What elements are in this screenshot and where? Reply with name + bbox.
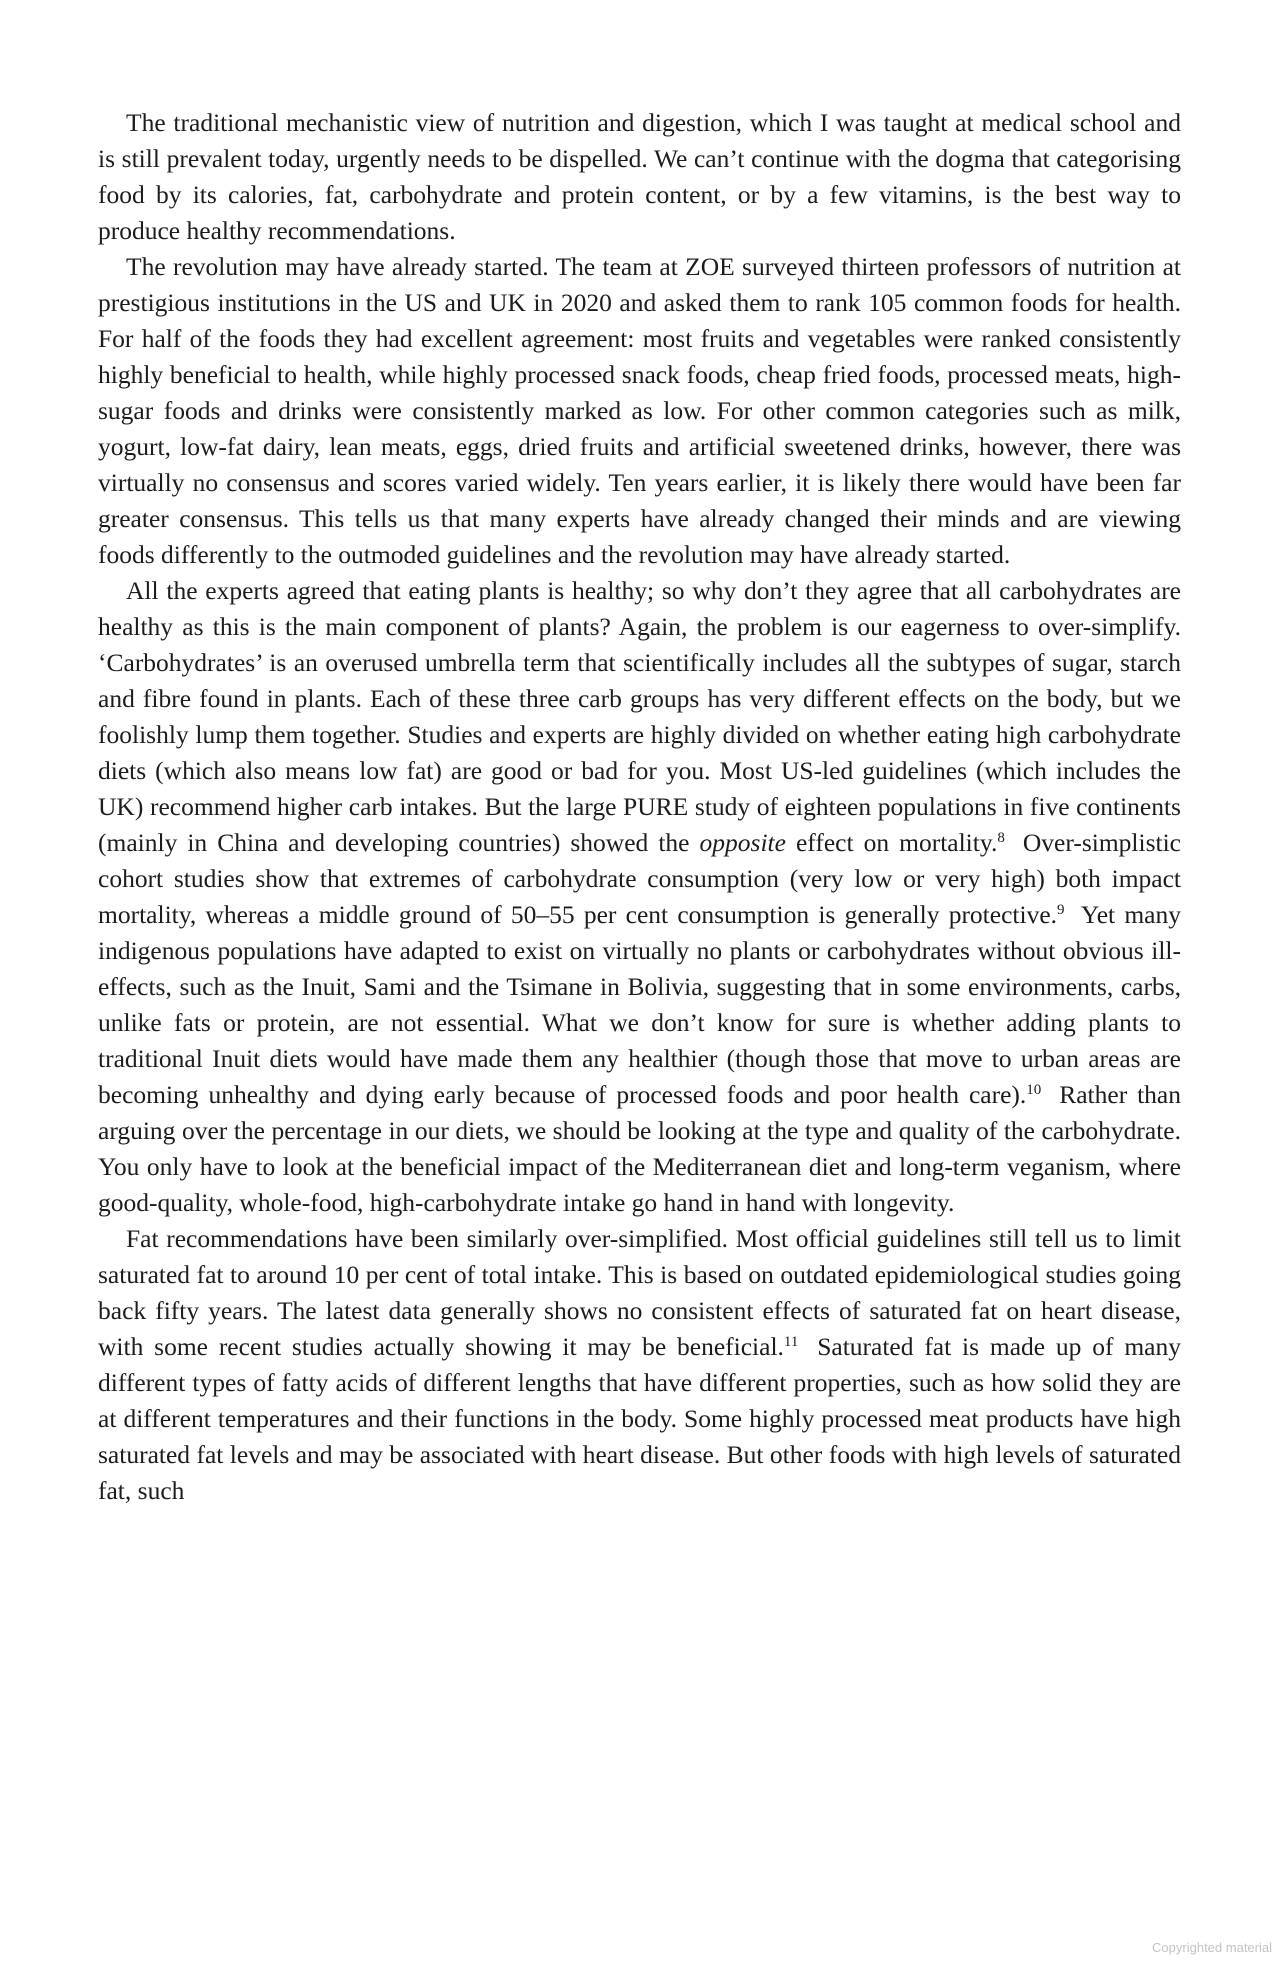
paragraph-text: All the experts agreed that eating plant… bbox=[98, 576, 1181, 857]
paragraph-text: Yet many indigenous populations have ada… bbox=[98, 900, 1181, 1109]
footnote-reference[interactable]: 9 bbox=[1057, 902, 1065, 918]
copyright-watermark: Copyrighted material bbox=[1152, 1940, 1272, 1955]
paragraph-text: effect on mortality. bbox=[786, 828, 997, 857]
footnote-reference[interactable]: 11 bbox=[784, 1334, 798, 1350]
footnote-reference[interactable]: 10 bbox=[1026, 1082, 1041, 1098]
paragraph-text: The traditional mechanistic view of nutr… bbox=[98, 108, 1181, 245]
emphasis-text: opposite bbox=[700, 828, 786, 857]
paragraph-carbohydrates: All the experts agreed that eating plant… bbox=[98, 573, 1181, 1221]
paragraph-fat-recommendations: Fat recommendations have been similarly … bbox=[98, 1221, 1181, 1509]
footnote-reference[interactable]: 8 bbox=[997, 830, 1005, 846]
paragraph-nutrition-view: The traditional mechanistic view of nutr… bbox=[98, 105, 1181, 249]
book-page-body: The traditional mechanistic view of nutr… bbox=[98, 105, 1181, 1509]
paragraph-revolution-started: The revolution may have already started.… bbox=[98, 249, 1181, 573]
paragraph-text: The revolution may have already started.… bbox=[98, 252, 1181, 569]
